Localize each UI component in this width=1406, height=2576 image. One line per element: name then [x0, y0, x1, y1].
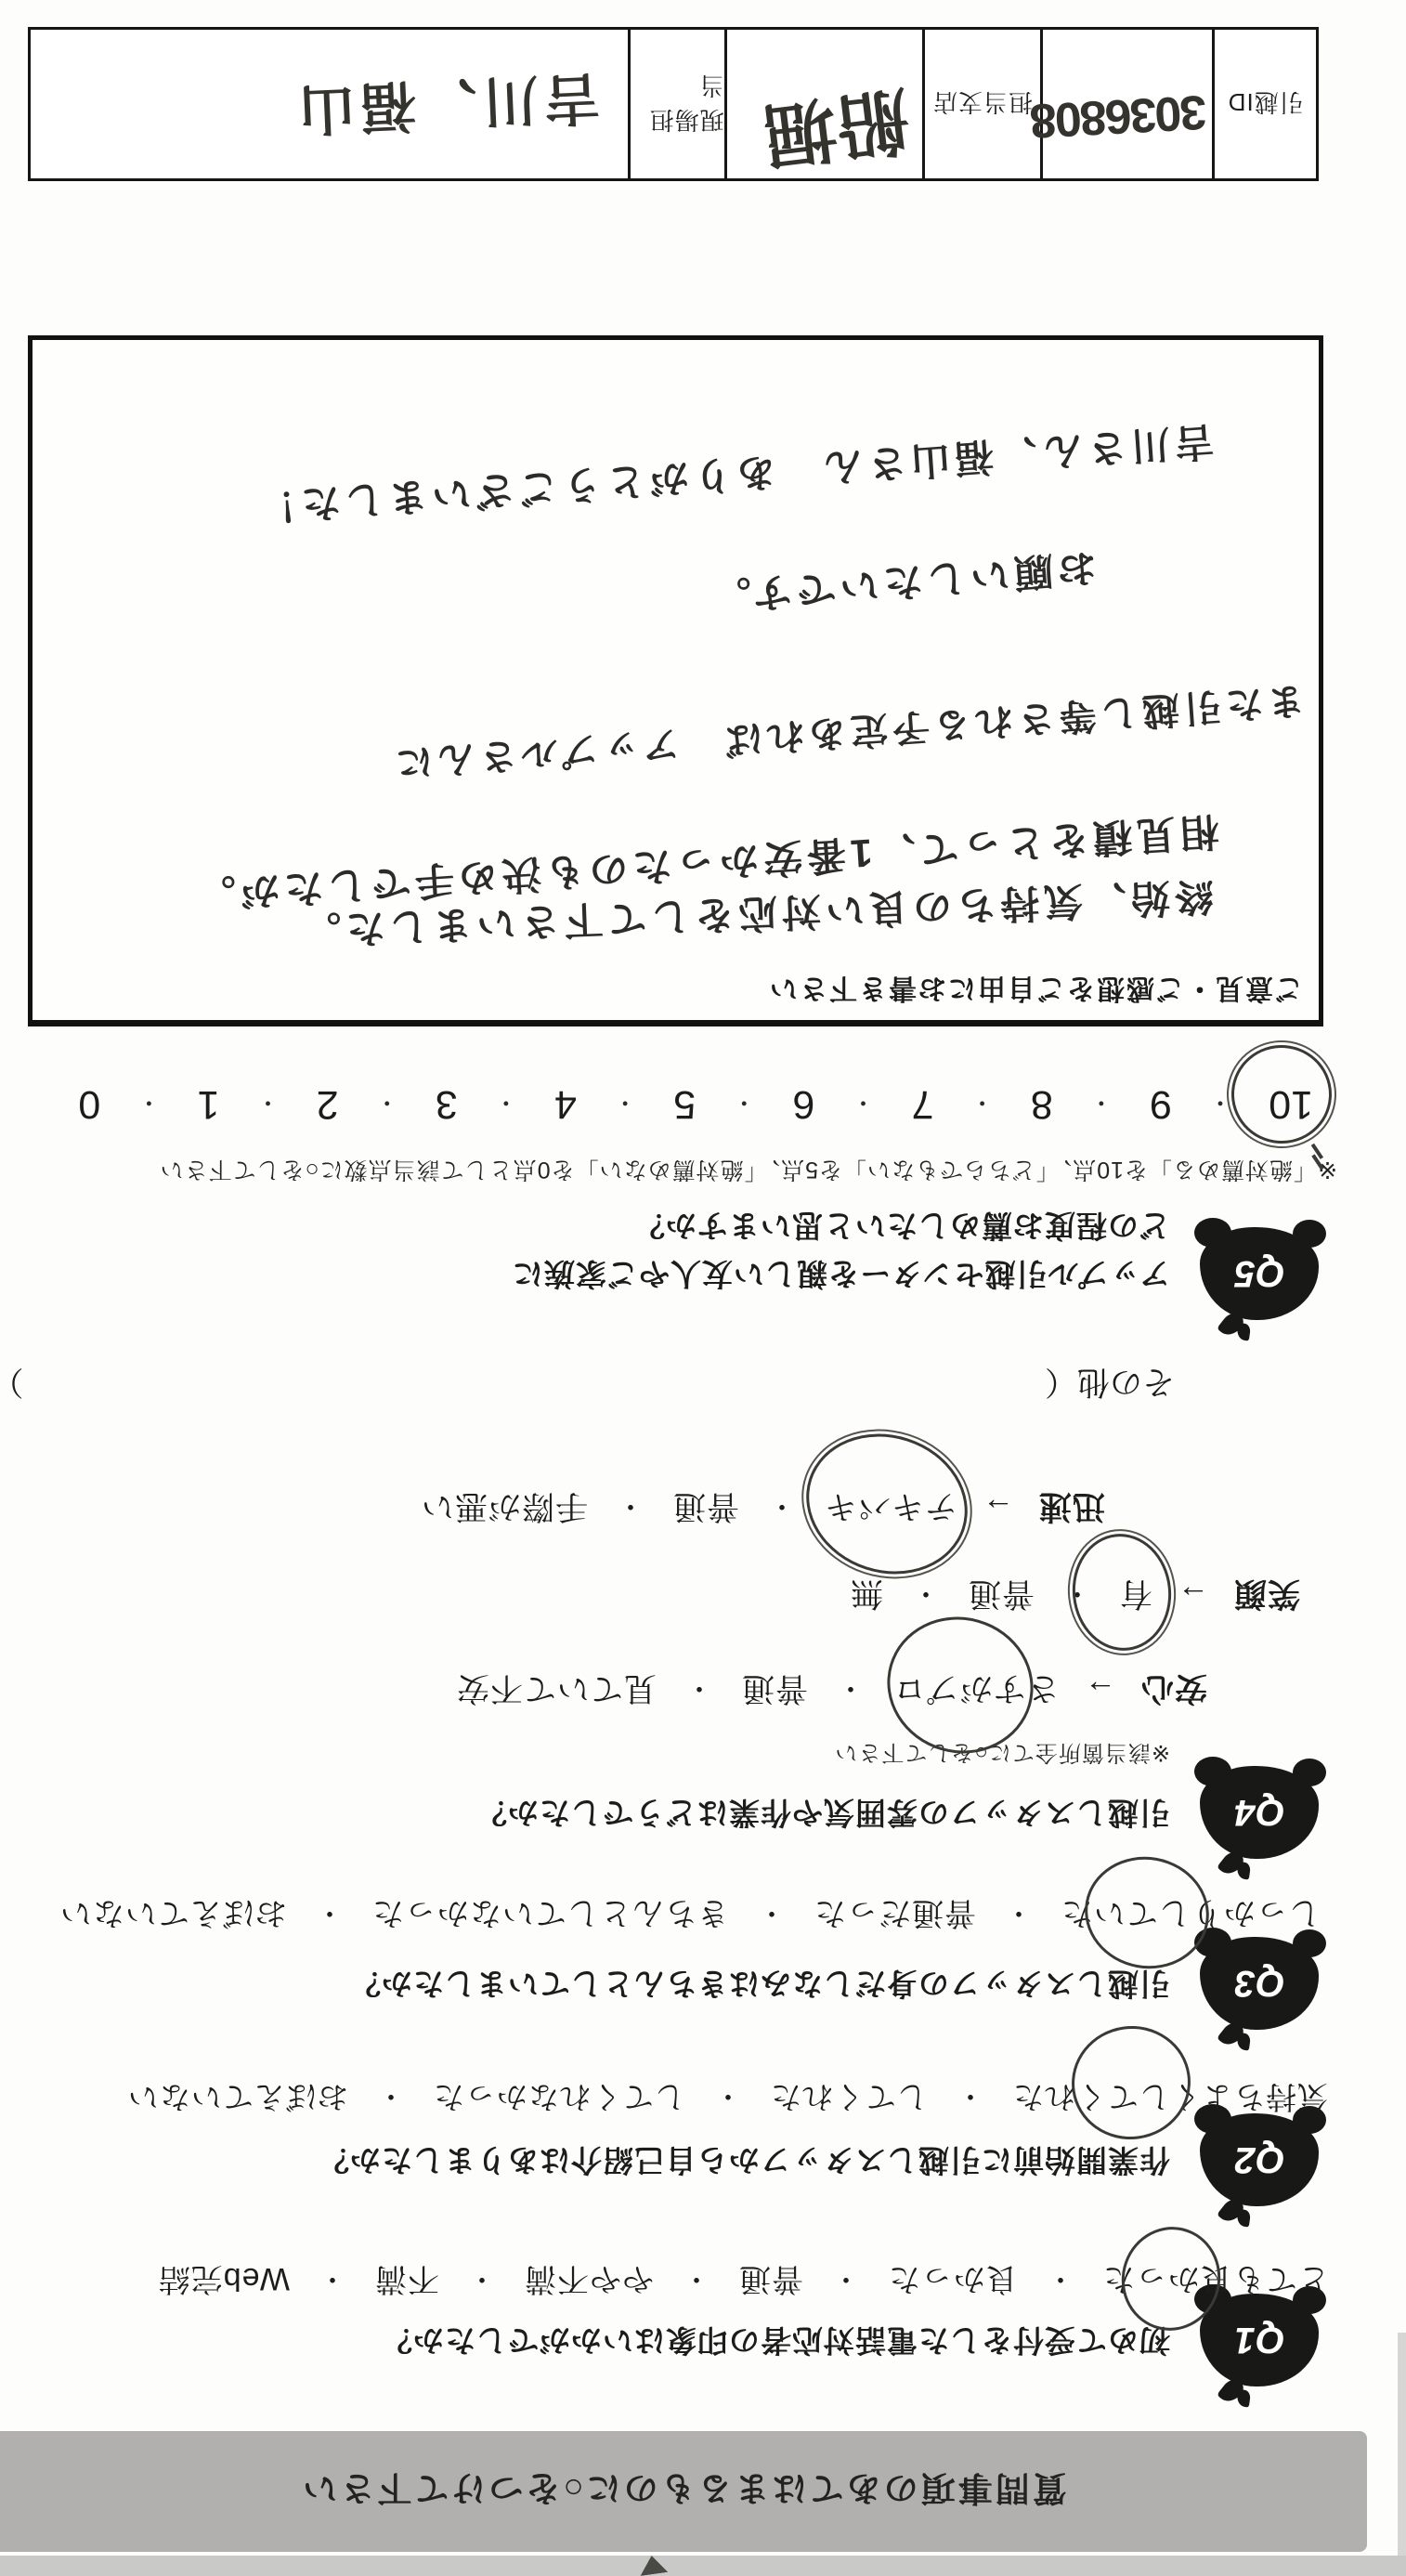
option-separator: ・	[682, 2262, 710, 2303]
q5-badge: Q5	[1200, 1227, 1319, 1320]
option-separator: ・	[1062, 1576, 1091, 1616]
q5-scale-row: 10 ・ 9 ・ 8 ・ 7 ・ 6 ・ 5 ・ 4 ・ 3 ・ 2 ・ 1 ・…	[78, 1081, 1313, 1127]
option-separator: ・	[713, 2079, 742, 2120]
scale-separator: ・	[1089, 1087, 1113, 1121]
option-label: さすがプロ	[892, 1670, 1060, 1706]
q4-row-anshin: 安心 → さすがプロ ・ 普通 ・ 見ていて不安	[456, 1667, 1207, 1714]
instruction-bar-label: 質問事項のあてはまるものに○をつけて下さい	[300, 2466, 1066, 2517]
option-item: Web完結	[158, 2259, 290, 2305]
option-item: 普通だった	[814, 1893, 976, 1939]
option-separator: ・	[467, 2262, 496, 2303]
option-separator: ・	[616, 1488, 644, 1529]
option-separator: ・	[911, 1576, 940, 1616]
q1-badge: Q1	[1200, 2294, 1319, 2386]
q1-question-text: 初めて受付をした電話対応者の印象はいかがでしたか？	[381, 2321, 1170, 2364]
option-separator: ・	[831, 2262, 860, 2303]
option-separator: ・	[684, 1670, 713, 1711]
option-item: 無	[850, 1573, 883, 1619]
q4-other-field: その他（ ）	[0, 1361, 1175, 1407]
q3-badge: Q3	[1200, 1937, 1319, 2030]
row-label: 安心	[1140, 1667, 1207, 1714]
comment-box-title: ご意見・ご感想をご自由にお書き下さい	[768, 971, 1303, 1012]
scale-separator: ・	[970, 1087, 995, 1121]
move-id-handwritten: 3036808	[1031, 84, 1208, 149]
staff-label-cell: 現場担当	[628, 30, 724, 178]
option-item: とても良かった	[1102, 2259, 1330, 2305]
scale-item: 4	[554, 1081, 577, 1127]
q4-badge: Q4	[1200, 1766, 1319, 1859]
option-separator: ・	[757, 1896, 786, 1937]
scale-item: 0	[78, 1081, 100, 1127]
scale-separator: ・	[494, 1087, 518, 1121]
scan-edge-right	[1398, 2333, 1406, 2556]
option-separator: ・	[376, 2079, 405, 2120]
option-label: とても良かった	[1102, 2261, 1330, 2296]
option-item: 普通	[738, 2259, 803, 2305]
scale-label: 10	[1269, 1082, 1313, 1127]
option-separator: ・	[836, 1670, 865, 1711]
staff-label: 現場担当	[631, 30, 724, 178]
scale-separator: ・	[137, 1087, 161, 1121]
staff-value-cell: 吉川、福山	[31, 30, 628, 178]
option-separator: ・	[767, 1488, 796, 1529]
q4-row-jinsoku: 迅速 → テキパキ ・ 普通 ・ 手際が悪い	[421, 1485, 1105, 1532]
option-item: さすがプロ	[892, 1667, 1060, 1714]
scanned-survey-page: 質問事項のあてはまるものに○をつけて下さい Q1 初めて受付をした電話対応者の印…	[0, 0, 1406, 2576]
q3-options-row: しっかりしていた ・ 普通だった ・ きちんとしていなかった ・ おぼえていない	[59, 1893, 1321, 1939]
option-item: テキパキ	[824, 1485, 957, 1532]
option-separator: ・	[1004, 1896, 1033, 1937]
option-item: おぼえていない	[127, 2077, 348, 2121]
staff-info-table: 引越ID 3036808 担当支店 船堀 現場担当 吉川、福山	[28, 27, 1319, 181]
row-label: 笑顔	[1233, 1573, 1300, 1619]
q4-question-text: 引越しスタッフの雰囲気や作業はどうでしたか？	[475, 1793, 1170, 1837]
q2-question-text: 作業開始前に引越しスタッフから自己紹介はありましたか？	[318, 2140, 1170, 2184]
option-item: しっかりしていた	[1061, 1893, 1321, 1939]
move-id-label: 引越ID	[1215, 30, 1316, 178]
q3-question-text: 引越しスタッフの身だしなみはきちんとしていましたか？	[349, 1964, 1170, 2007]
q1-speech-blob-icon: Q1	[1200, 2294, 1319, 2386]
branch-handwritten: 船堀	[759, 72, 916, 193]
branch-label-cell: 担当支店	[922, 30, 1040, 178]
scan-edge-strip	[0, 2556, 1406, 2576]
scale-separator: ・	[851, 1087, 875, 1121]
q5-speech-blob-icon: Q5	[1200, 1227, 1319, 1320]
other-close-paren: ）	[0, 1364, 24, 1400]
branch-value-cell: 船堀	[724, 30, 922, 178]
option-item: 普通	[968, 1573, 1035, 1619]
option-item: おぼえていない	[59, 1893, 287, 1939]
scale-item: 8	[1031, 1081, 1053, 1127]
scale-item: 3	[436, 1081, 458, 1127]
survey-sheet-upside-down: 質問事項のあてはまるものに○をつけて下さい Q1 初めて受付をした電話対応者の印…	[0, 0, 1406, 2576]
other-label: その他（	[1045, 1364, 1175, 1400]
q5-question-line1: アップル引越センターを親しい友人やご家族に	[512, 1254, 1170, 1298]
scale-item: 7	[912, 1081, 934, 1127]
q2-badge: Q2	[1200, 2113, 1319, 2206]
q3-speech-blob-icon: Q3	[1200, 1937, 1319, 2030]
row-label: 迅速	[1038, 1485, 1105, 1532]
option-separator: ・	[1046, 2262, 1074, 2303]
option-item: してくれた	[770, 2077, 928, 2121]
option-item: きちんとしていなかった	[371, 1893, 729, 1939]
option-separator: ・	[318, 2262, 346, 2303]
option-item: 普通	[741, 1667, 808, 1714]
scale-separator: ・	[256, 1087, 280, 1121]
option-item: してくれなかった	[433, 2077, 685, 2121]
option-item: 有	[1119, 1573, 1152, 1619]
q4-row-egao: 笑顔 → 有 ・ 普通 ・ 無	[850, 1573, 1300, 1619]
scale-separator: ・	[1208, 1087, 1232, 1121]
scale-item: 6	[792, 1081, 814, 1127]
option-label: 気持ちよくしてくれた	[1012, 2080, 1328, 2114]
arrow-icon: →	[1177, 1578, 1209, 1615]
option-separator: ・	[315, 1896, 344, 1937]
option-item: 手際が悪い	[421, 1485, 588, 1532]
scale-item: 2	[317, 1081, 339, 1127]
scale-separator: ・	[375, 1087, 399, 1121]
pen-tick-marks	[1309, 1160, 1326, 1164]
scale-separator: ・	[732, 1087, 756, 1121]
scale-item: 9	[1150, 1081, 1172, 1127]
q2-speech-blob-icon: Q2	[1200, 2113, 1319, 2206]
q1-options-row: とても良かった ・ 良かった ・ 普通 ・ やや不満 ・ 不満 ・ Web完結	[158, 2259, 1330, 2305]
q5-question-line2: どの程度お薦めしたいと思いますか？	[633, 1206, 1170, 1249]
option-label: テキパキ	[824, 1488, 957, 1524]
staff-handwritten: 吉川、福山	[293, 61, 602, 154]
scale-separator: ・	[613, 1087, 637, 1121]
option-separator: ・	[956, 2079, 984, 2120]
instruction-bar: 質問事項のあてはまるものに○をつけて下さい	[0, 2431, 1367, 2552]
option-item: 気持ちよくしてくれた	[1012, 2077, 1328, 2121]
move-id-value-cell: 3036808	[1040, 30, 1212, 178]
option-item: やや不満	[524, 2259, 654, 2305]
scale-item: 5	[673, 1081, 696, 1127]
option-label: しっかりしていた	[1061, 1895, 1321, 1930]
q4-note: ※該当箇所全てに○をして下さい	[834, 1739, 1170, 1772]
q2-options-row: 気持ちよくしてくれた ・ してくれた ・ してくれなかった ・ おぼえていない	[127, 2077, 1328, 2121]
branch-label: 担当支店	[925, 30, 1040, 178]
option-item: 良かった	[888, 2259, 1018, 2305]
q4-speech-blob-icon: Q4	[1200, 1766, 1319, 1859]
arrow-icon: →	[982, 1491, 1014, 1527]
scale-item: 1	[197, 1081, 219, 1127]
option-item: 不満	[374, 2259, 439, 2305]
arrow-icon: →	[1084, 1673, 1116, 1709]
option-label: 有	[1119, 1576, 1152, 1612]
scale-item: 10	[1269, 1081, 1313, 1127]
move-id-label-cell: 引越ID	[1212, 30, 1316, 178]
option-item: 普通	[672, 1485, 739, 1532]
q5-note: ※「絶対薦める」を10点、「どちらでもない」を5点、「絶対薦めない」を0点として…	[160, 1155, 1337, 1188]
option-item: 見ていて不安	[456, 1667, 657, 1714]
